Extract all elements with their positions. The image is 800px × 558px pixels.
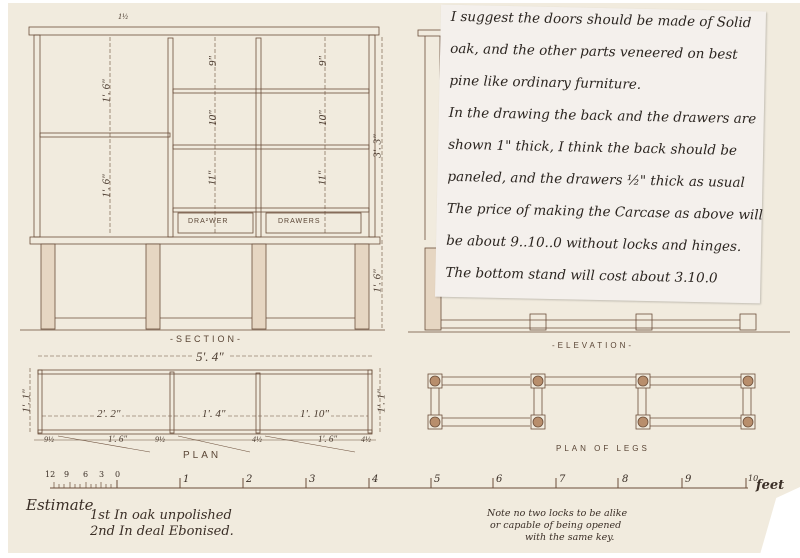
- dim-right-top: 9": [317, 56, 329, 66]
- dim-bay1: 2'. 2": [95, 408, 122, 420]
- plan-of-legs-view: [428, 374, 755, 429]
- scale-foot-8: 8: [622, 474, 628, 485]
- dim-stile2: 9½: [155, 435, 165, 444]
- scale-tick-12: 12: [45, 470, 55, 479]
- section-view: [20, 27, 385, 356]
- scale-tick-3: 3: [99, 470, 104, 479]
- scale-foot-5: 5: [434, 474, 440, 485]
- estimate-line-1: 1st In oak unpolished: [90, 508, 232, 523]
- note-text-line: paneled, and the drawers ½" thick as usu…: [447, 169, 745, 191]
- dim-middle-low: 11": [206, 171, 218, 186]
- pasted-note: I suggest the doors should be made of So…: [435, 5, 766, 304]
- scale-tick-0: 0: [115, 470, 120, 479]
- note-text-line: be about 9..10..0 without locks and hing…: [446, 233, 741, 255]
- dim-depth-left: 1'. 1": [21, 389, 33, 412]
- note-text-line: I suggest the doors should be made of So…: [451, 9, 752, 31]
- dim-bay2: 1'. 4": [200, 408, 227, 420]
- note-line-3: with the same key.: [525, 532, 614, 543]
- scale-foot-4: 4: [372, 474, 378, 485]
- dim-stile4: 4½: [361, 435, 371, 444]
- dim-stand-height: 1'. 6": [372, 269, 384, 292]
- scale-unit: feet: [756, 478, 784, 493]
- elevation-label: -ELEVATION-: [552, 341, 634, 350]
- note-text-line: In the drawing the back and the drawers …: [449, 105, 757, 127]
- dim-right-low: 11": [316, 171, 328, 186]
- note-text-line: oak, and the other parts veneered on bes…: [450, 41, 738, 63]
- scale-foot-7: 7: [559, 474, 565, 485]
- note-text-line: The price of making the Carcase as above…: [447, 201, 763, 224]
- note-text-line: The bottom stand will cost about 3.10.0: [445, 265, 717, 287]
- dim-door2: 1'. 6": [318, 434, 337, 444]
- scale-bar: [50, 478, 748, 488]
- dim-stile1: 9½: [44, 435, 54, 444]
- dim-bay3: 1'. 10": [298, 408, 331, 420]
- dim-top-thickness: 1½: [118, 12, 128, 21]
- dim-right-mid: 10": [317, 110, 329, 126]
- note-line-1: Note no two locks to be alike: [487, 508, 627, 519]
- dim-middle-mid: 10": [207, 110, 219, 126]
- scale-foot-1: 1: [183, 474, 189, 485]
- scale-tick-6: 6: [83, 470, 88, 479]
- estimate-label: Estimate: [26, 496, 94, 514]
- scale-tick-9: 9: [64, 470, 69, 479]
- note-line-2: or capable of being opened: [490, 520, 621, 531]
- note-text-line: pine like ordinary furniture.: [449, 73, 641, 93]
- scale-foot-9: 9: [685, 474, 691, 485]
- scale-foot-2: 2: [246, 474, 252, 485]
- plan-label: PLAN: [183, 450, 221, 461]
- dim-overall-width: 5'. 4": [192, 349, 228, 365]
- drawer-right-label: DRAWERS: [278, 218, 321, 225]
- drawer-left-label: DRA²WER: [188, 218, 228, 225]
- scale-foot-3: 3: [309, 474, 315, 485]
- dim-stile3: 4½: [252, 435, 262, 444]
- plan-of-legs-label: PLAN OF LEGS: [556, 444, 650, 453]
- scale-foot-6: 6: [496, 474, 502, 485]
- dim-depth-right: 1'. 1": [376, 389, 388, 412]
- dim-door1: 1'. 6": [108, 434, 127, 444]
- section-label: -SECTION-: [170, 334, 243, 344]
- note-text-line: shown 1" thick, I think the back should …: [448, 137, 737, 159]
- dim-left-upper: 1'. 6": [101, 79, 113, 102]
- dim-left-lower: 1'. 6": [101, 174, 113, 197]
- dim-middle-top: 9": [207, 56, 219, 66]
- estimate-line-2: 2nd In deal Ebonised.: [90, 524, 234, 539]
- dim-overall-height: 3'. 3": [372, 134, 384, 157]
